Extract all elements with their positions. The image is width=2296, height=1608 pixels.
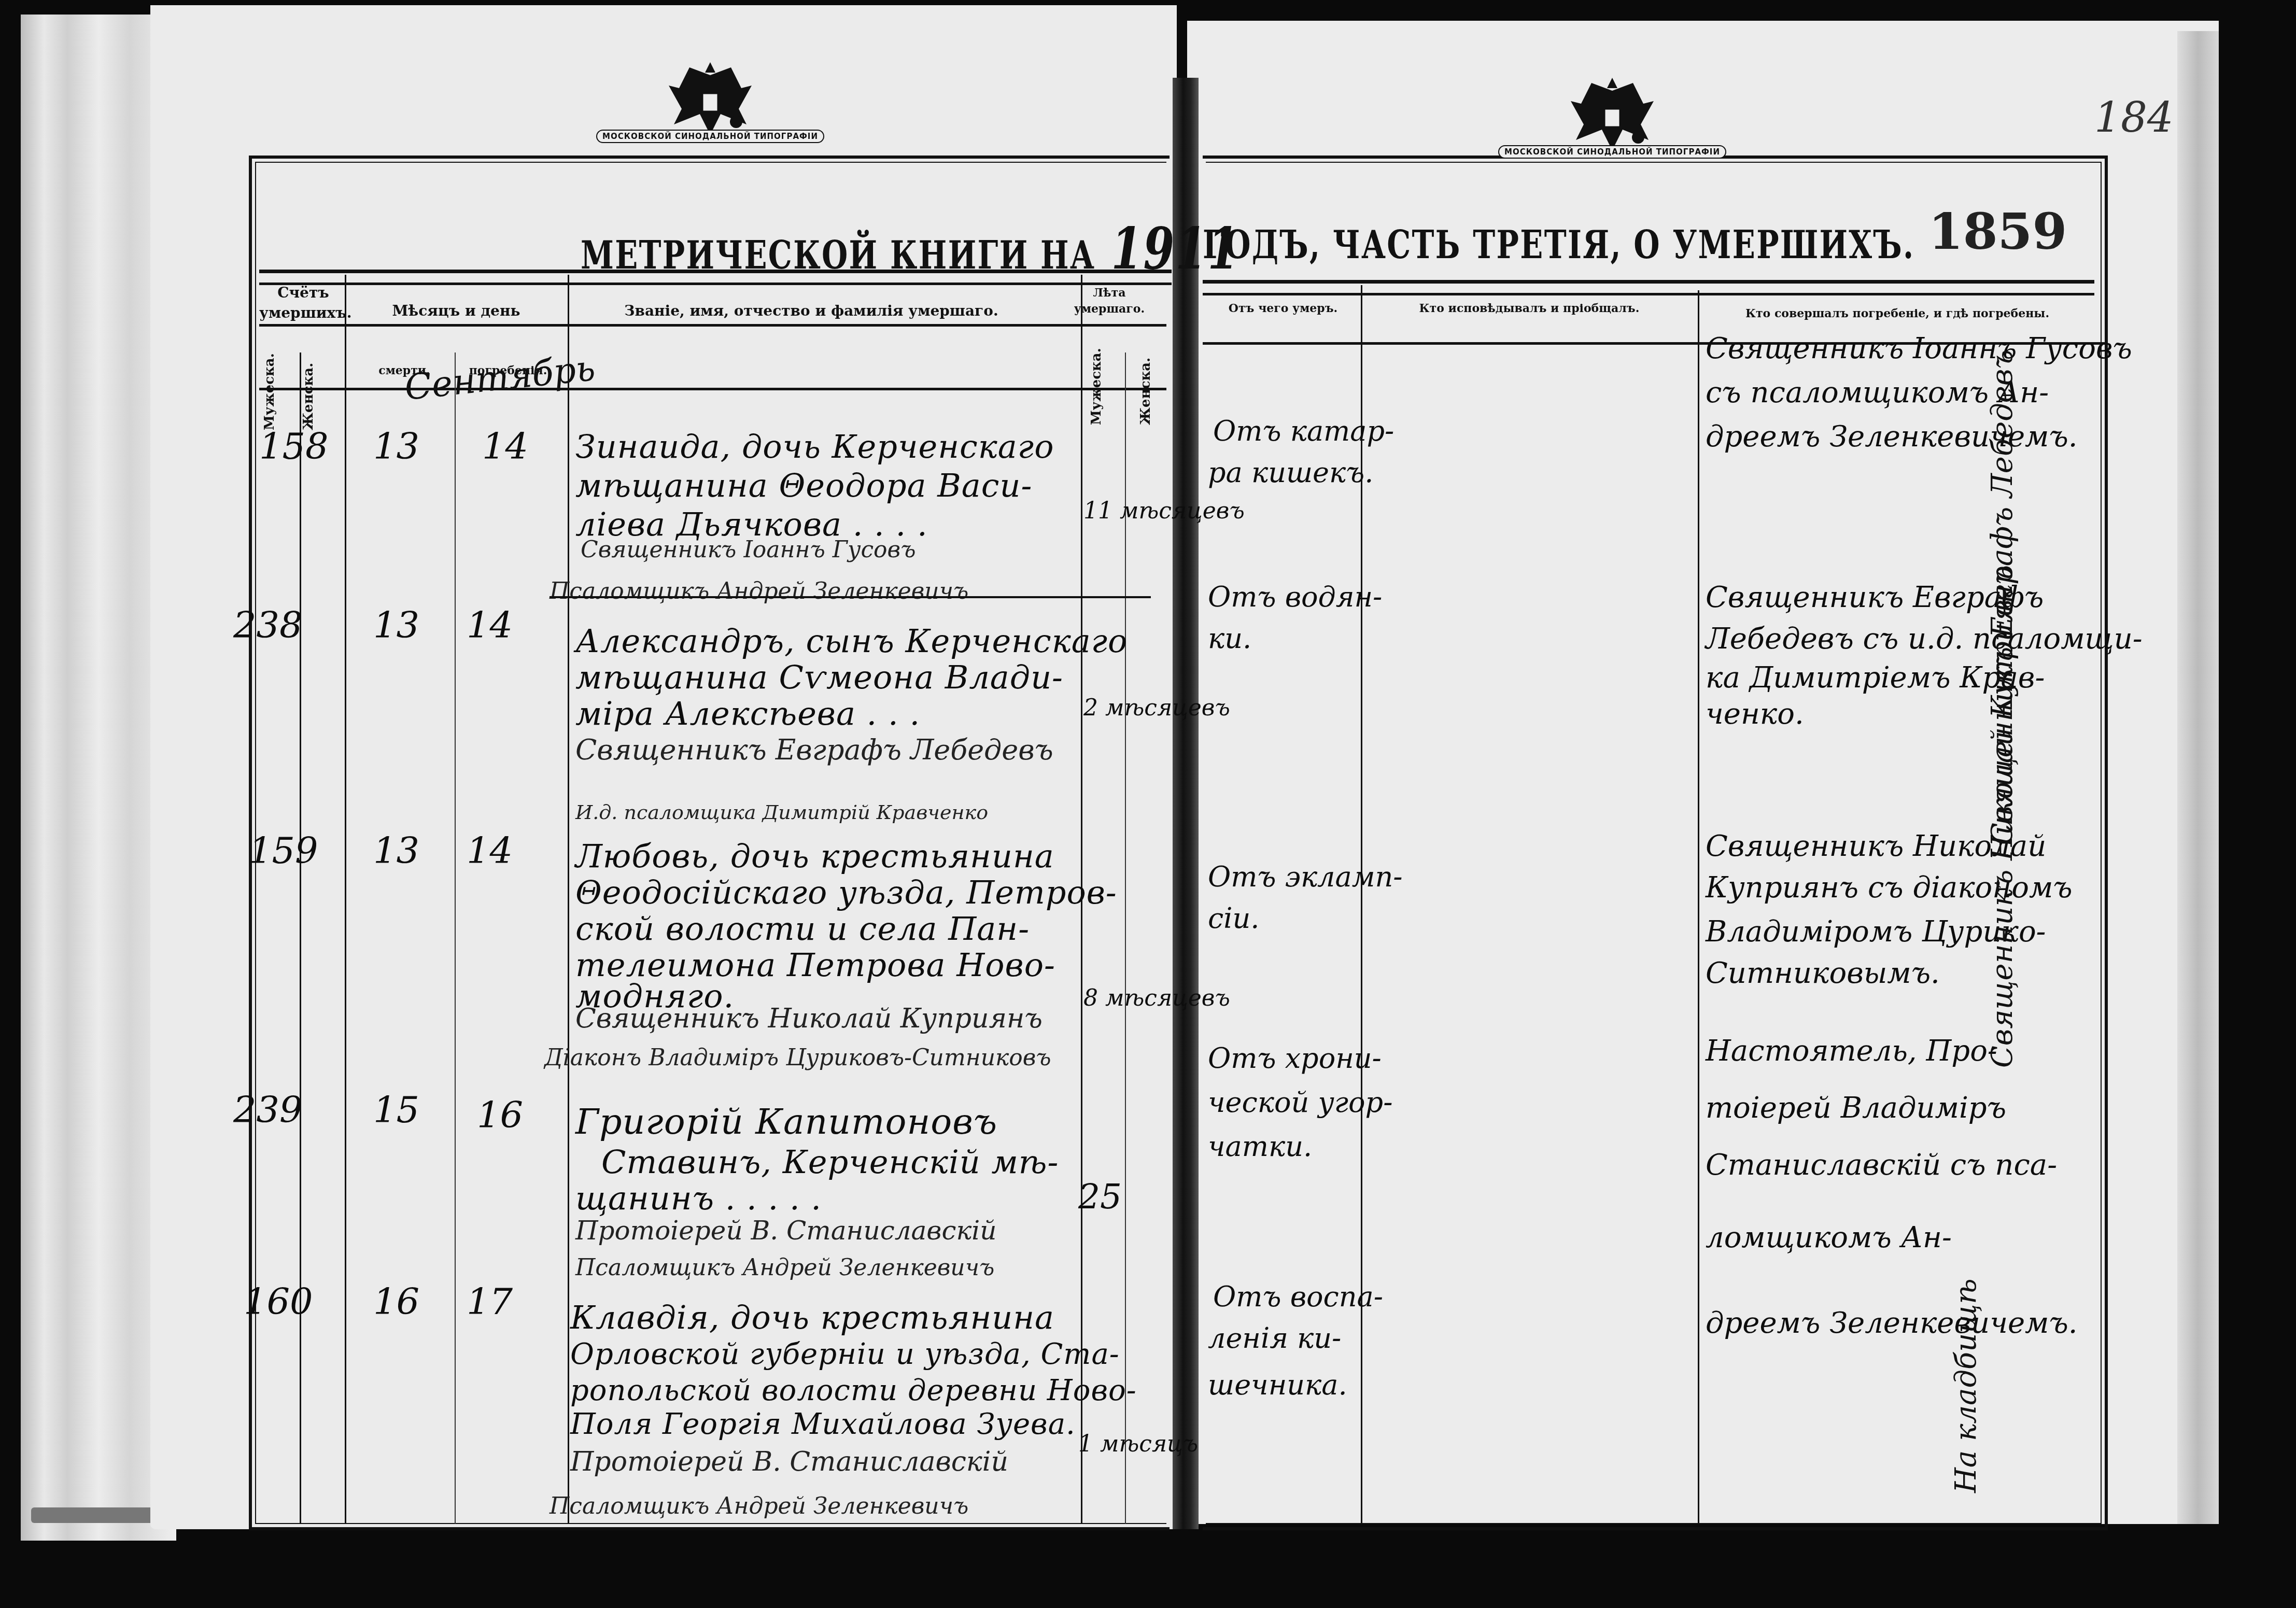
col-line [1125,352,1126,1524]
col-line [300,352,301,1524]
record-4-burial-by-line: Станиславскій съ пса- [1706,1148,2057,1182]
header-count-female: Женска. [301,342,316,430]
col-line [1698,290,1699,1524]
record-4-burial-by-line: дреемъ Зеленкевичемъ. [1706,1306,2078,1340]
record-1-burial-day: 14 [482,425,528,468]
record-2-burial-by-line: ченко. [1706,697,1804,731]
imperial-eagle-emblem-left: МОСКОВСКОЙ СИНОДАЛЬНОЙ ТИПОГРАФІИ [643,57,778,171]
record-3-name-line: Любовь, дочь крестьянина [575,837,1054,875]
record-1-count-female: 158 [259,425,329,468]
record-2-name-line: Александръ, сынъ Керченскаго [575,622,1128,660]
record-2-death-day: 13 [373,604,419,646]
record-2-cause-line: Отъ водян- [1208,581,1382,613]
subheader-divider-left [259,388,1166,390]
printer-ribbon: МОСКОВСКОЙ СИНОДАЛЬНОЙ ТИПОГРАФІИ [1498,145,1726,159]
record-2-count-male: 238 [233,604,303,646]
header-age: Лѣта умершаго. [1058,285,1161,317]
record-3-cause-line: Отъ экламп- [1208,861,1403,893]
record-2-burial-day: 14 [467,604,513,646]
record-4-cause-line: ческой угор- [1208,1086,1392,1119]
record-5-cause-line: шечника. [1208,1369,1347,1401]
printed-year-stamp: 1859 [1928,202,2067,261]
title-text-right: ГОДЪ, ЧАСТЬ ТРЕТІЯ, О УМЕРШИХЪ. [1203,223,1914,267]
record-1-cause-line: Отъ катар- [1213,415,1394,447]
header-name: Званіе, имя, отчество и фамилія умершаго… [570,301,1052,321]
record-3-cause-line: сіи. [1208,902,1259,935]
header-count-male: Мужеска. [262,342,277,430]
record-4-burial-by-line: Настоятель, Про- [1706,1034,1997,1068]
record-5-cause-line: ленія ки- [1208,1322,1341,1355]
record-4-signature: Протоіерей В. Станиславскій [575,1216,996,1246]
record-5-signature: Псаломщикъ Андрей Зеленкевичъ [550,1493,968,1519]
record-1-death-day: 13 [373,425,419,468]
record-2-signature: Священникъ Евграфъ Лебедевъ [575,734,1053,766]
record-3-signature: Діаконъ Владиміръ Цуриковъ-Ситниковъ [544,1045,1051,1071]
record-4-name-line: щанинъ . . . . . [575,1179,822,1217]
record-5-name-line: Орловской губерніи и уѣзда, Ста- [570,1337,1120,1371]
photo-background [0,1541,2296,1608]
record-5-age: 1 мѣсяцъ [1078,1431,1198,1457]
record-5-count-female: 160 [244,1280,313,1323]
record-1-burial-by-line: дреемъ Зеленкевичемъ. [1706,420,2078,454]
margin-note-vertical: На кладбищѣ [1949,1358,1983,1493]
record-3-count-female: 159 [249,829,318,872]
record-3-burial-by-line: Ситниковымъ. [1706,956,1940,990]
record-3-signature: Священникъ Николай Куприянъ [575,1003,1043,1034]
right-page-edge [2177,31,2219,1524]
record-5-cause-line: Отъ воспа- [1213,1280,1383,1313]
title-rule-right [1203,280,2094,295]
record-2-name-line: мѣщанина Сѵмеона Влади- [575,658,1063,696]
record-3-death-day: 13 [373,829,419,872]
header-age-female: Женска. [1138,337,1153,425]
record-4-death-day: 15 [373,1089,419,1131]
record-4-burial-by-line: тоіерей Владиміръ [1706,1091,2006,1125]
header-age-male: Мужеска. [1089,337,1104,425]
record-1-signature: Псаломщикъ Андрей Зеленкевичъ [550,578,968,604]
record-3-burial-day: 14 [467,829,513,872]
record-1-cause-line: ра кишекъ. [1208,456,1373,489]
record-4-name-line: Ставинъ, Керченскій мѣ- [601,1143,1059,1181]
record-4-age: 25 [1078,1177,1122,1217]
header-month-day: Мѣсяцъ и день [353,301,560,321]
header-burial-by: Кто совершалъ погребеніе, и гдѣ погребен… [1700,306,2094,322]
page-title-right: ГОДЪ, ЧАСТЬ ТРЕТІЯ, О УМЕРШИХЪ. [1203,223,1914,267]
col-line [455,352,456,1524]
record-3-name-line: Θеодосійскаго уѣзда, Петров- [575,873,1117,911]
record-5-signature: Протоіерей В. Станиславскій [570,1446,1008,1477]
record-1-burial-by-line: Священникъ Іоаннъ Гусовъ [1706,332,2132,365]
folio-number: 184 [2094,93,2174,142]
header-divider-left [259,324,1166,327]
record-1-name-line: Зинаида, дочь Керченскаго [575,428,1054,466]
record-3-name-line: ской волости и села Пан- [575,910,1030,948]
printer-ribbon: МОСКОВСКОЙ СИНОДАЛЬНОЙ ТИПОГРАФІИ [596,130,824,143]
record-5-name-line: Клавдія, дочь крестьянина [570,1299,1054,1336]
record-1-name-line: мѣщанина Θеодора Васи- [575,467,1032,504]
header-cause: Отъ чего умеръ. [1208,301,1358,317]
record-4-count-male: 239 [233,1089,303,1131]
record-2-cause-line: ки. [1208,622,1251,655]
record-4-burial-day: 16 [477,1094,523,1136]
record-4-burial-by-line: ломщикомъ Ан- [1706,1221,1952,1254]
header-confessor: Кто исповѣдывалъ и пріобщалъ. [1363,301,1695,317]
book-spine [1173,78,1199,1529]
record-2-age: 2 мѣсяцевъ [1083,695,1230,721]
col-line [345,275,346,1524]
record-5-burial-day: 17 [467,1280,513,1323]
record-3-age: 8 мѣсяцевъ [1083,985,1230,1011]
header-count: Счётъ умершихъ. [259,283,347,323]
record-5-death-day: 16 [373,1280,419,1323]
record-separator [550,596,1151,598]
col-line [568,275,569,1524]
record-1-age: 11 мѣсяцевъ [1083,498,1245,524]
imperial-eagle-emblem-right: МОСКОВСКОЙ СИНОДАЛЬНОЙ ТИПОГРАФІИ [1545,73,1680,187]
record-2-name-line: міра Алексѣева . . . [575,695,920,732]
margin-note-vertical: Священникъ Николай Куприянъ [1985,778,2019,1068]
record-5-name-line: ропольской волости деревни Ново- [570,1374,1137,1407]
record-4-cause-line: чатки. [1208,1130,1312,1163]
record-4-cause-line: Отъ хрони- [1208,1042,1382,1075]
record-5-name-line: Поля Георгія Михайлова Зуева. [570,1407,1076,1441]
record-4-signature: Псаломщикъ Андрей Зеленкевичъ [575,1254,994,1281]
record-2-burial-by-line: Лебедевъ съ и.д. псаломщи- [1706,622,2143,656]
record-3-signature: И.д. псаломщика Димитрій Кравченко [575,801,988,824]
record-4-name-line: Григорій Капитоновъ [575,1102,997,1142]
record-1-signature: Священникъ Іоаннъ Гусовъ [581,537,916,563]
title-rule-left [259,270,1172,285]
